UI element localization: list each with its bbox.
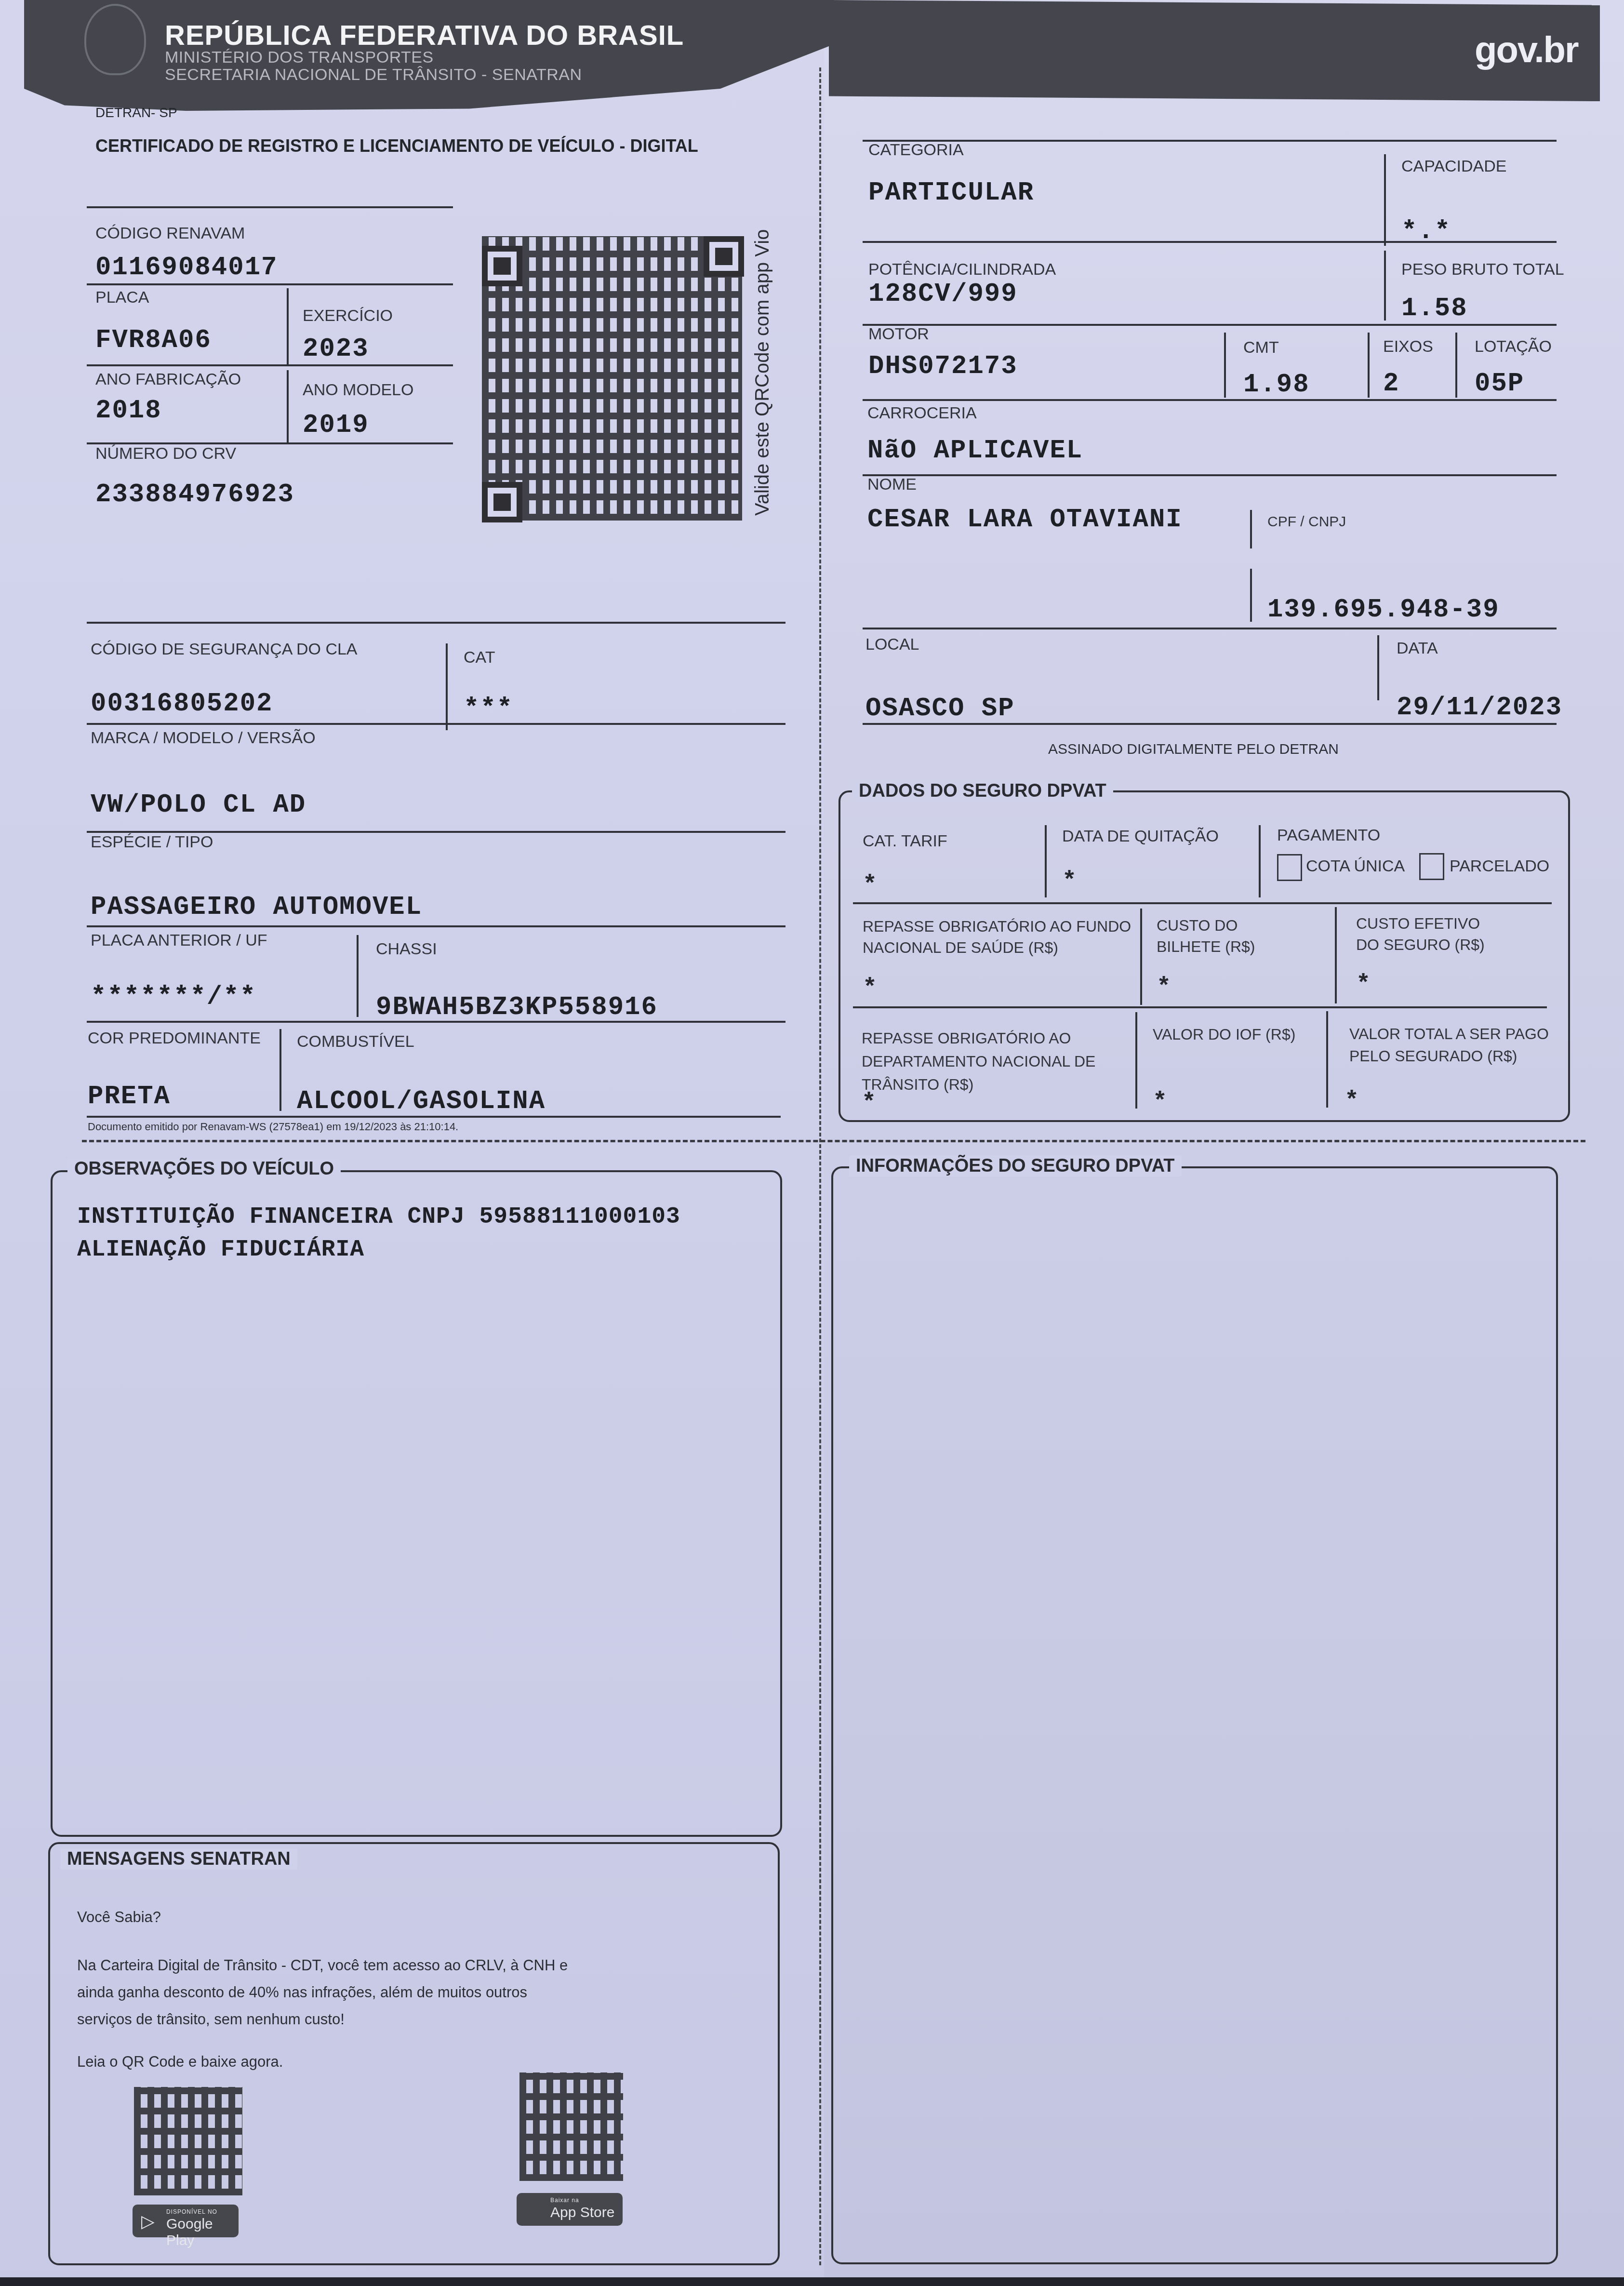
lotacao-value: 05P bbox=[1475, 369, 1524, 399]
fold-line-horizontal bbox=[82, 1140, 1585, 1142]
cor-label: COR PREDOMINANTE bbox=[88, 1029, 261, 1048]
google-play-qr-code[interactable] bbox=[134, 2087, 242, 2195]
exercicio-label: EXERCÍCIO bbox=[303, 307, 393, 325]
categoria-value: PARTICULAR bbox=[868, 178, 1034, 208]
eixos-label: EIXOS bbox=[1383, 337, 1433, 356]
numero-crv-value: 233884976923 bbox=[95, 480, 294, 509]
mensagens-question: Você Sabia? bbox=[77, 1904, 161, 1931]
govbr-logo: gov.br bbox=[1475, 29, 1578, 71]
cpf-value: 139.695.948-39 bbox=[1267, 595, 1500, 625]
carroceria-label: CARROCERIA bbox=[867, 404, 977, 423]
cpf-label: CPF / CNPJ bbox=[1267, 514, 1346, 530]
eixos-value: 2 bbox=[1383, 369, 1399, 399]
qr-caption: Valide este QRCode com app Vio bbox=[752, 229, 773, 516]
data-quitacao-value: * bbox=[1062, 868, 1077, 895]
marca-modelo-label: MARCA / MODELO / VERSÃO bbox=[91, 729, 316, 748]
especie-tipo-label: ESPÉCIE / TIPO bbox=[91, 833, 213, 852]
mensagens-cta: Leia o QR Code e baixe agora. bbox=[77, 2048, 283, 2075]
google-play-badge[interactable]: ▷ DISPONÍVEL NO Google Play bbox=[133, 2205, 239, 2237]
info-dpvat-title: INFORMAÇÕES DO SEGURO DPVAT bbox=[849, 1156, 1182, 1176]
cmt-value: 1.98 bbox=[1243, 370, 1310, 400]
data-value: 29/11/2023 bbox=[1397, 693, 1562, 722]
custo-efetivo-label: CUSTO EFETIVO DO SEGURO (R$) bbox=[1356, 913, 1501, 955]
motor-label: MOTOR bbox=[868, 325, 929, 344]
badge-store-name: Google Play bbox=[166, 2216, 239, 2249]
custo-efetivo-value: * bbox=[1356, 971, 1371, 998]
cmt-label: CMT bbox=[1243, 338, 1279, 357]
ministry-name: MINISTÉRIO DOS TRANSPORTES bbox=[165, 48, 434, 67]
observacao-line: INSTITUIÇÃO FINANCEIRA CNPJ 595881110001… bbox=[77, 1204, 680, 1230]
cor-value: PRETA bbox=[88, 1082, 171, 1111]
secretariat-name: SECRETARIA NACIONAL DE TRÂNSITO - SENATR… bbox=[165, 66, 582, 84]
placa-value: FVR8A06 bbox=[95, 326, 212, 355]
app-store-qr-code[interactable] bbox=[519, 2072, 623, 2181]
parcelado-checkbox[interactable] bbox=[1419, 853, 1444, 880]
potencia-label: POTÊNCIA/CILINDRADA bbox=[868, 260, 1056, 279]
cota-unica-label: COTA ÚNICA bbox=[1306, 857, 1405, 876]
dpvat-title: DADOS DO SEGURO DPVAT bbox=[852, 781, 1113, 802]
capacidade-label: CAPACIDADE bbox=[1401, 157, 1507, 176]
qr-finder-pattern bbox=[704, 236, 744, 277]
repasse-fns-value: * bbox=[863, 975, 877, 1002]
valor-iof-value: * bbox=[1153, 1088, 1167, 1116]
codigo-seguranca-label: CÓDIGO DE SEGURANÇA DO CLA bbox=[91, 640, 358, 659]
renavam-value: 01169084017 bbox=[95, 253, 278, 282]
nome-label: NOME bbox=[867, 475, 917, 494]
potencia-value: 128CV/999 bbox=[868, 280, 1018, 309]
qr-finder-pattern bbox=[482, 246, 522, 286]
valor-iof-label: VALOR DO IOF (R$) bbox=[1153, 1026, 1295, 1043]
observacoes-title: OBSERVAÇÕES DO VEÍCULO bbox=[67, 1159, 341, 1179]
signed-note: ASSINADO DIGITALMENTE PELO DETRAN bbox=[1048, 741, 1339, 758]
numero-crv-label: NÚMERO DO CRV bbox=[95, 444, 236, 463]
renavam-label: CÓDIGO RENAVAM bbox=[95, 224, 245, 243]
peso-bruto-label: PESO BRUTO TOTAL bbox=[1401, 260, 1564, 279]
ano-fabricacao-label: ANO FABRICAÇÃO bbox=[95, 370, 241, 389]
peso-bruto-value: 1.58 bbox=[1401, 294, 1468, 323]
ano-modelo-label: ANO MODELO bbox=[303, 381, 413, 400]
table-edge bbox=[0, 2277, 1624, 2286]
emission-note: Documento emitido por Renavam-WS (27578e… bbox=[88, 1121, 458, 1133]
placa-anterior-value: *******/** bbox=[91, 982, 256, 1012]
custo-bilhete-value: * bbox=[1157, 974, 1171, 1001]
google-play-icon: ▷ bbox=[141, 2211, 155, 2232]
motor-value: DHS072173 bbox=[868, 352, 1018, 381]
badge-store-name: App Store bbox=[550, 2205, 614, 2221]
data-quitacao-label: DATA DE QUITAÇÃO bbox=[1062, 827, 1219, 846]
repasse-denatran-label: REPASSE OBRIGATÓRIO AO DEPARTAMENTO NACI… bbox=[862, 1027, 1112, 1096]
country-title: REPÚBLICA FEDERATIVA DO BRASIL bbox=[165, 19, 684, 52]
marca-modelo-value: VW/POLO CL AD bbox=[91, 790, 306, 820]
categoria-label: CATEGORIA bbox=[868, 141, 964, 160]
info-dpvat-box bbox=[831, 1166, 1558, 2264]
mensagens-body-line: serviços de trânsito, sem nenhum custo! bbox=[77, 2006, 345, 2033]
repasse-fns-label: REPASSE OBRIGATÓRIO AO FUNDO NACIONAL DE… bbox=[863, 916, 1132, 958]
observacoes-box bbox=[51, 1170, 782, 1837]
cat-value: *** bbox=[464, 694, 513, 723]
chassi-label: CHASSI bbox=[376, 940, 437, 959]
exercicio-value: 2023 bbox=[303, 334, 369, 364]
fold-line-vertical bbox=[819, 67, 821, 2265]
carroceria-value: NãO APLICAVEL bbox=[867, 436, 1083, 466]
valor-total-label: VALOR TOTAL A SER PAGO PELO SEGURADO (R$… bbox=[1349, 1023, 1552, 1067]
app-store-badge[interactable]: Baixar na App Store bbox=[517, 2193, 623, 2226]
especie-tipo-value: PASSAGEIRO AUTOMOVEL bbox=[91, 893, 422, 922]
data-label: DATA bbox=[1397, 639, 1438, 658]
coat-of-arms-icon bbox=[84, 4, 146, 75]
cat-tarif-value: * bbox=[863, 871, 877, 899]
repasse-denatran-value: * bbox=[862, 1089, 876, 1117]
qr-finder-pattern bbox=[482, 482, 522, 522]
placa-anterior-label: PLACA ANTERIOR / UF bbox=[91, 931, 267, 950]
cat-tarif-label: CAT. TARIF bbox=[863, 832, 947, 851]
combustivel-value: ALCOOL/GASOLINA bbox=[297, 1087, 546, 1116]
cat-label: CAT bbox=[464, 648, 495, 667]
placa-label: PLACA bbox=[95, 288, 149, 307]
issuer: DETRAN- SP bbox=[95, 105, 177, 120]
chassi-value: 9BWAH5BZ3KP558916 bbox=[376, 993, 658, 1022]
mensagens-body-line: ainda ganha desconto de 40% nas infraçõe… bbox=[77, 1979, 527, 2006]
parcelado-label: PARCELADO bbox=[1450, 857, 1549, 876]
mensagens-body-line: Na Carteira Digital de Trânsito - CDT, v… bbox=[77, 1952, 568, 1979]
valor-total-value: * bbox=[1344, 1087, 1359, 1115]
document-title: CERTIFICADO DE REGISTRO E LICENCIAMENTO … bbox=[95, 136, 698, 156]
local-label: LOCAL bbox=[865, 635, 919, 654]
lotacao-label: LOTAÇÃO bbox=[1475, 337, 1552, 356]
ano-modelo-value: 2019 bbox=[303, 411, 369, 440]
badge-caption: Baixar na bbox=[550, 2197, 579, 2204]
custo-bilhete-label: CUSTO DO BILHETE (R$) bbox=[1157, 915, 1272, 957]
nome-value: CESAR LARA OTAVIANI bbox=[867, 505, 1183, 535]
ano-fabricacao-value: 2018 bbox=[95, 396, 162, 426]
mensagens-title: MENSAGENS SENATRAN bbox=[60, 1849, 297, 1870]
local-value: OSASCO SP bbox=[865, 694, 1015, 723]
combustivel-label: COMBUSTÍVEL bbox=[297, 1032, 414, 1051]
codigo-seguranca-value: 00316805202 bbox=[91, 689, 273, 719]
observacao-line: ALIENAÇÃO FIDUCIÁRIA bbox=[77, 1237, 364, 1263]
cota-unica-checkbox[interactable] bbox=[1277, 854, 1302, 881]
badge-caption: DISPONÍVEL NO bbox=[166, 2208, 217, 2215]
pagamento-label: PAGAMENTO bbox=[1277, 826, 1380, 845]
